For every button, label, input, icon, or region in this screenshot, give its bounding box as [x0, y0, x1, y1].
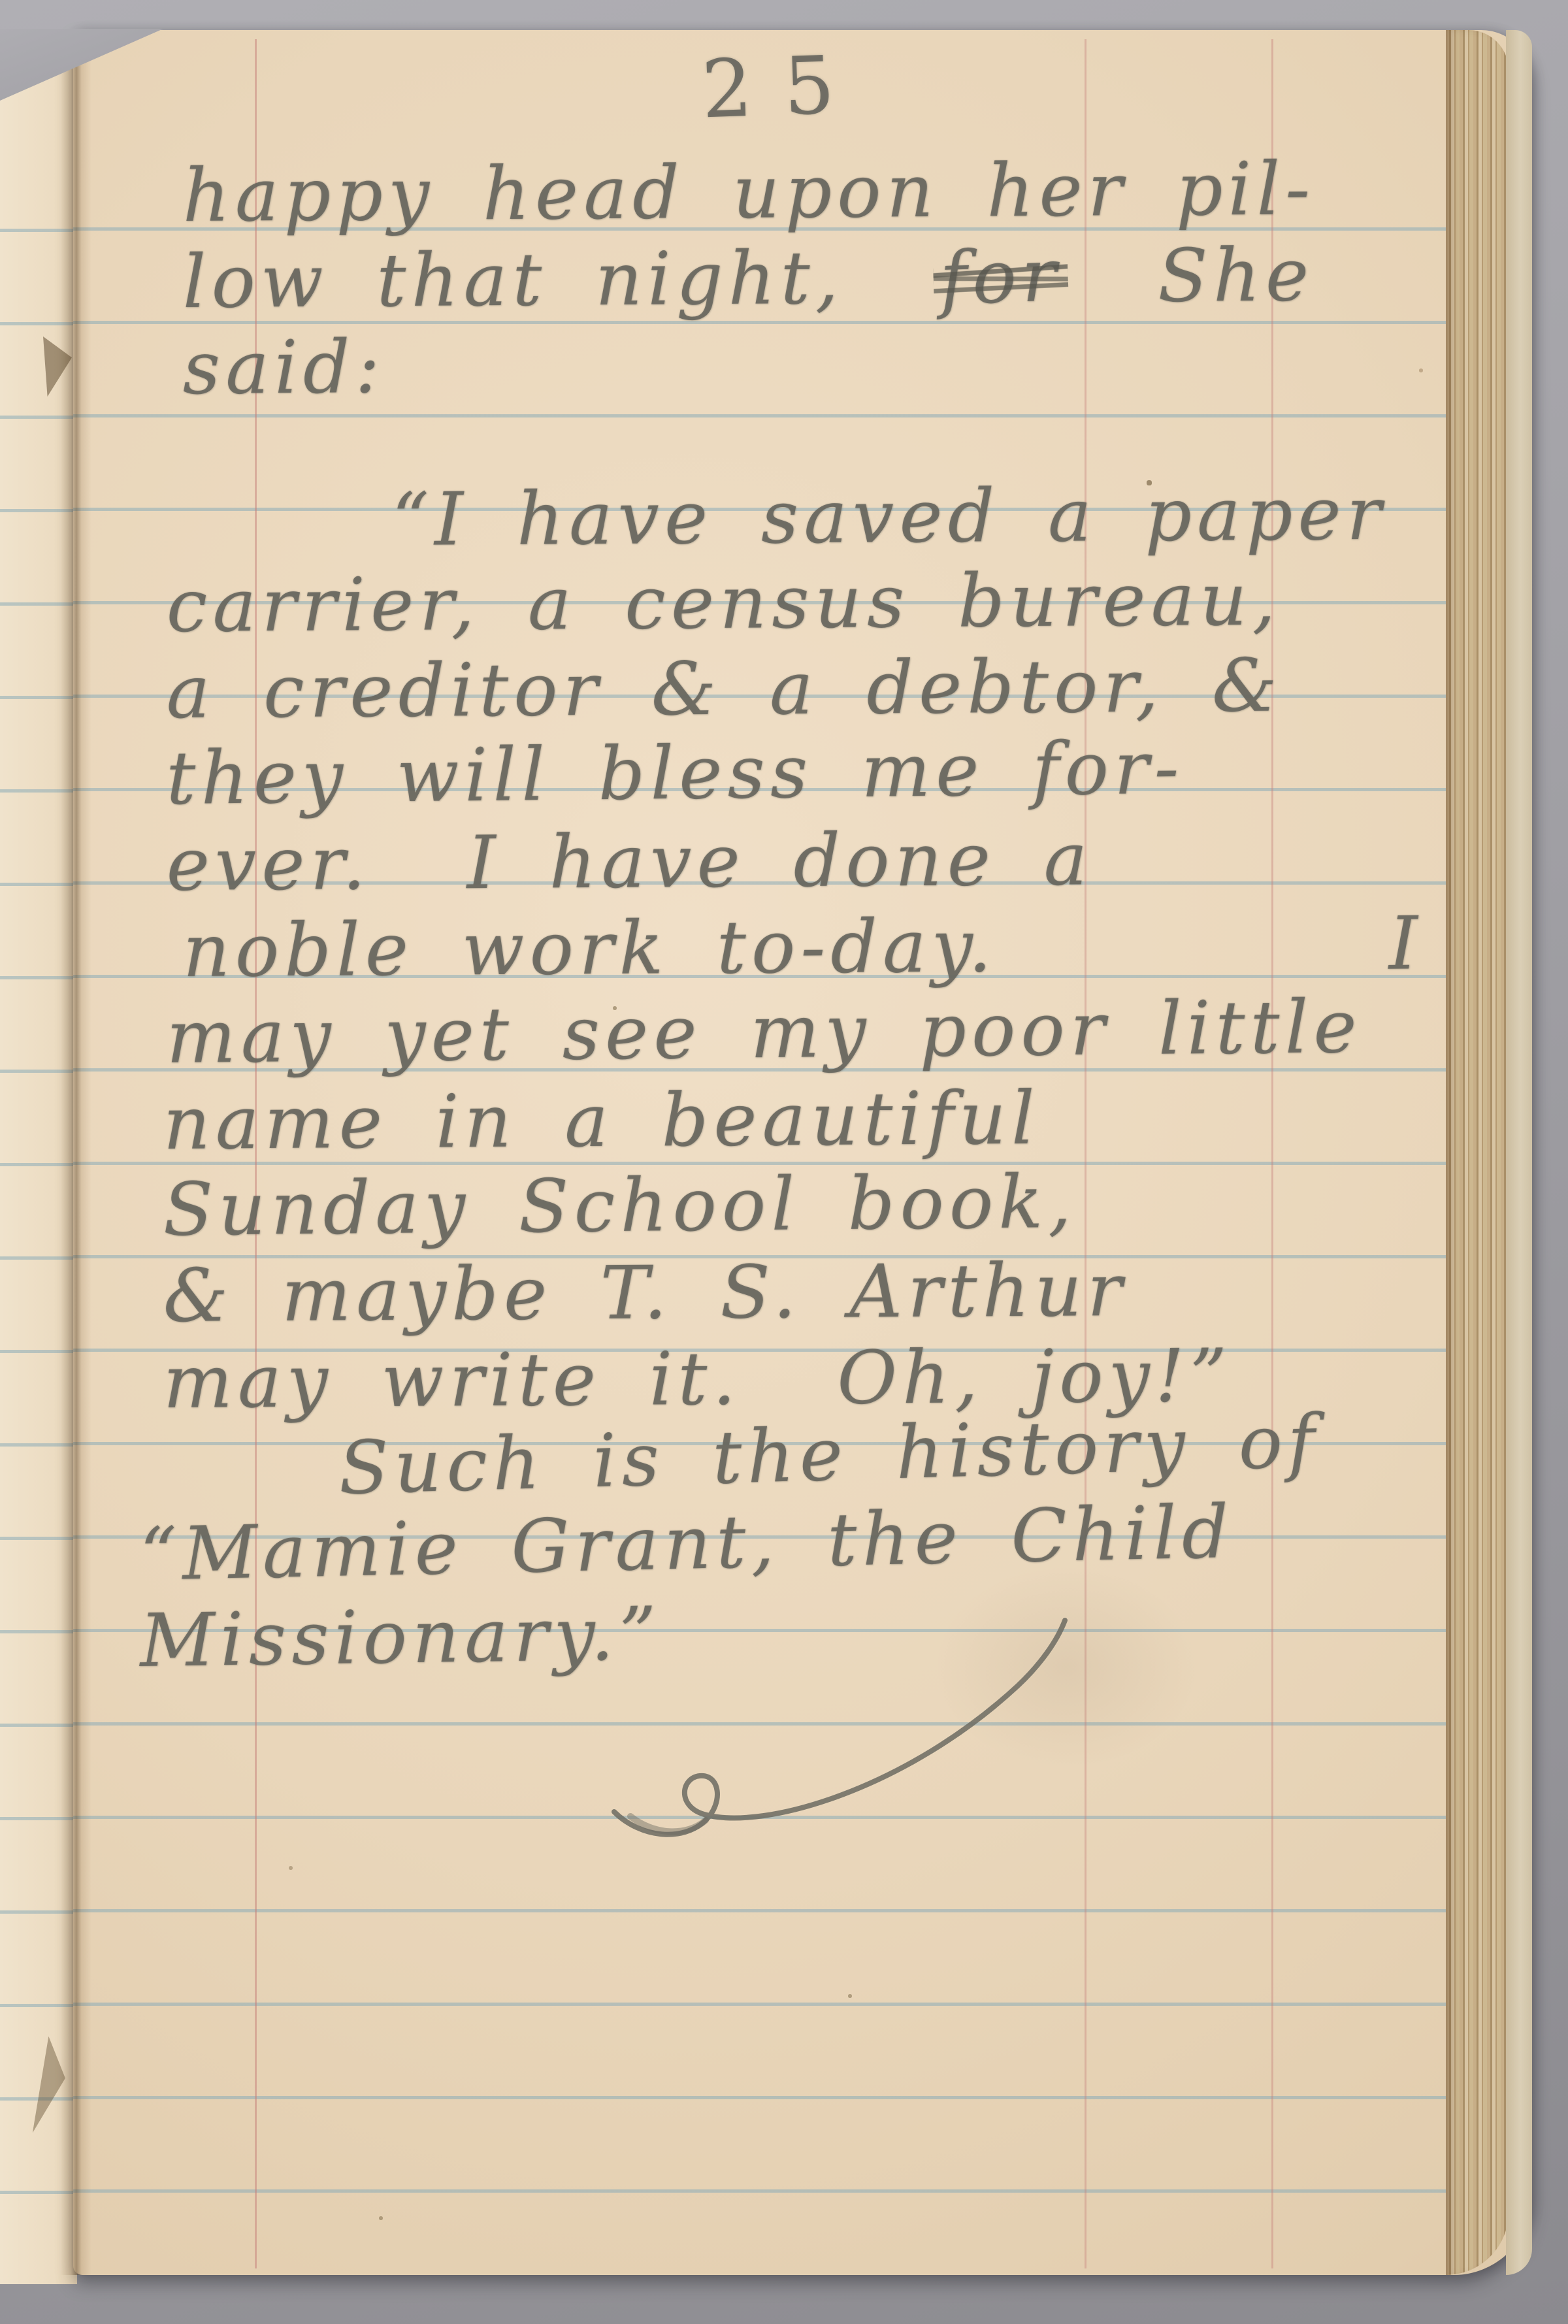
handwritten-line: a creditor & a debtor, &: [166, 649, 1282, 729]
page-edge-stack: [1446, 30, 1509, 2275]
handwritten-line: “I have saved a paper: [391, 478, 1386, 557]
handwritten-line: may yet see my poor little: [166, 990, 1362, 1074]
scan-background: 25 happy head upon her pil- low that nig…: [0, 0, 1568, 2324]
struck-word: for: [939, 238, 1063, 316]
notebook-page: 25 happy head upon her pil- low that nig…: [73, 30, 1532, 2275]
line-text: noble work to-day.: [182, 904, 997, 994]
handwritten-line: said:: [182, 331, 385, 405]
handwritten-line: Sunday School book,: [163, 1166, 1077, 1247]
handwritten-line: ever. I have done a: [166, 823, 1092, 902]
handwritten-line: name in a beautiful: [163, 1082, 1040, 1160]
line-text: I: [1388, 901, 1423, 986]
ledger-column-line: [1271, 39, 1273, 2268]
ledger-column-line: [1085, 39, 1086, 2268]
handwritten-line: low that night, for She: [182, 238, 1314, 319]
handwritten-line: carrier, a census bureau,: [166, 563, 1281, 643]
line-text: She: [1158, 233, 1315, 318]
handwritten-line: they will bless me for-: [166, 732, 1184, 815]
back-page-edge: [1506, 30, 1532, 2275]
handwritten-line: noble work to-day.I: [182, 907, 1423, 988]
handwritten-line: “Mamie Grant, the Child: [139, 1496, 1235, 1592]
end-flourish: [568, 1612, 1156, 1893]
handwritten-line: & maybe T. S. Arthur: [163, 1254, 1127, 1333]
page-number: 25: [700, 44, 867, 130]
handwritten-line: happy head upon her pil-: [182, 152, 1315, 233]
line-text: low that night,: [182, 236, 843, 325]
